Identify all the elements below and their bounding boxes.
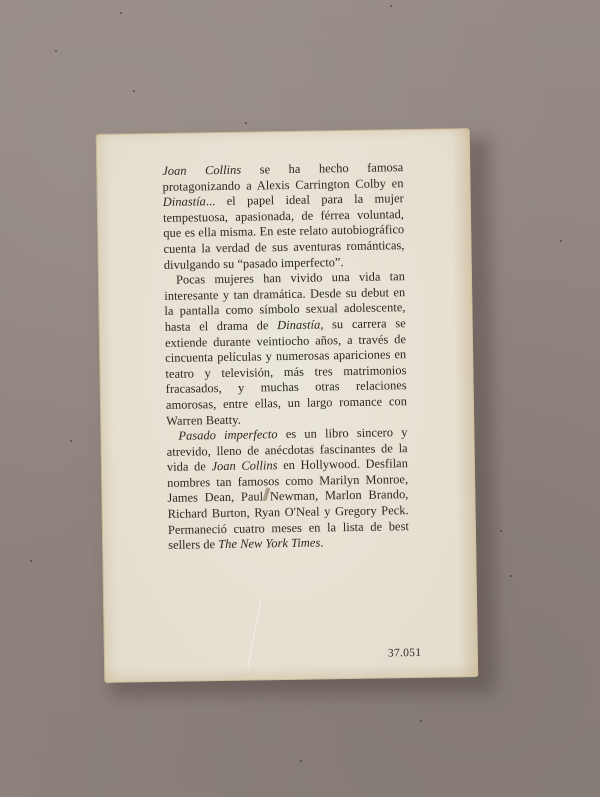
blurb-text: Joan Collins se ha hecho famosa protagon… bbox=[162, 160, 409, 554]
catalog-number: 37.051 bbox=[388, 647, 422, 660]
background-speck bbox=[420, 720, 422, 722]
show-title: Dinastía bbox=[163, 194, 206, 209]
background-speck bbox=[120, 12, 122, 14]
cover-stain bbox=[256, 483, 258, 485]
author-name: Joan Collins bbox=[162, 163, 241, 178]
background-speck bbox=[300, 760, 302, 762]
background-speck bbox=[390, 5, 392, 7]
book-back-cover: Joan Collins se ha hecho famosa protagon… bbox=[96, 128, 479, 683]
newspaper-name: The New York Times bbox=[218, 536, 320, 552]
blurb-paragraph-3: Pasado imperfecto es un libro sincero y … bbox=[166, 425, 409, 554]
background-speck bbox=[133, 90, 135, 92]
author-name: Joan Collins bbox=[211, 458, 277, 473]
cover-crease bbox=[247, 599, 291, 674]
show-title: Dinastía bbox=[277, 317, 320, 332]
blurb-paragraph-1: Joan Collins se ha hecho famosa protagon… bbox=[162, 160, 405, 273]
blurb-paragraph-2: Pocas mujeres han vivido una vida tan in… bbox=[164, 269, 407, 429]
background-speck bbox=[70, 440, 72, 442]
background-speck bbox=[560, 240, 562, 242]
background-speck bbox=[500, 530, 502, 532]
background-speck bbox=[510, 575, 512, 577]
book-title: Pasado imperfecto bbox=[178, 427, 277, 443]
background-speck bbox=[55, 50, 57, 52]
background-speck bbox=[245, 122, 247, 124]
background-speck bbox=[30, 560, 32, 562]
